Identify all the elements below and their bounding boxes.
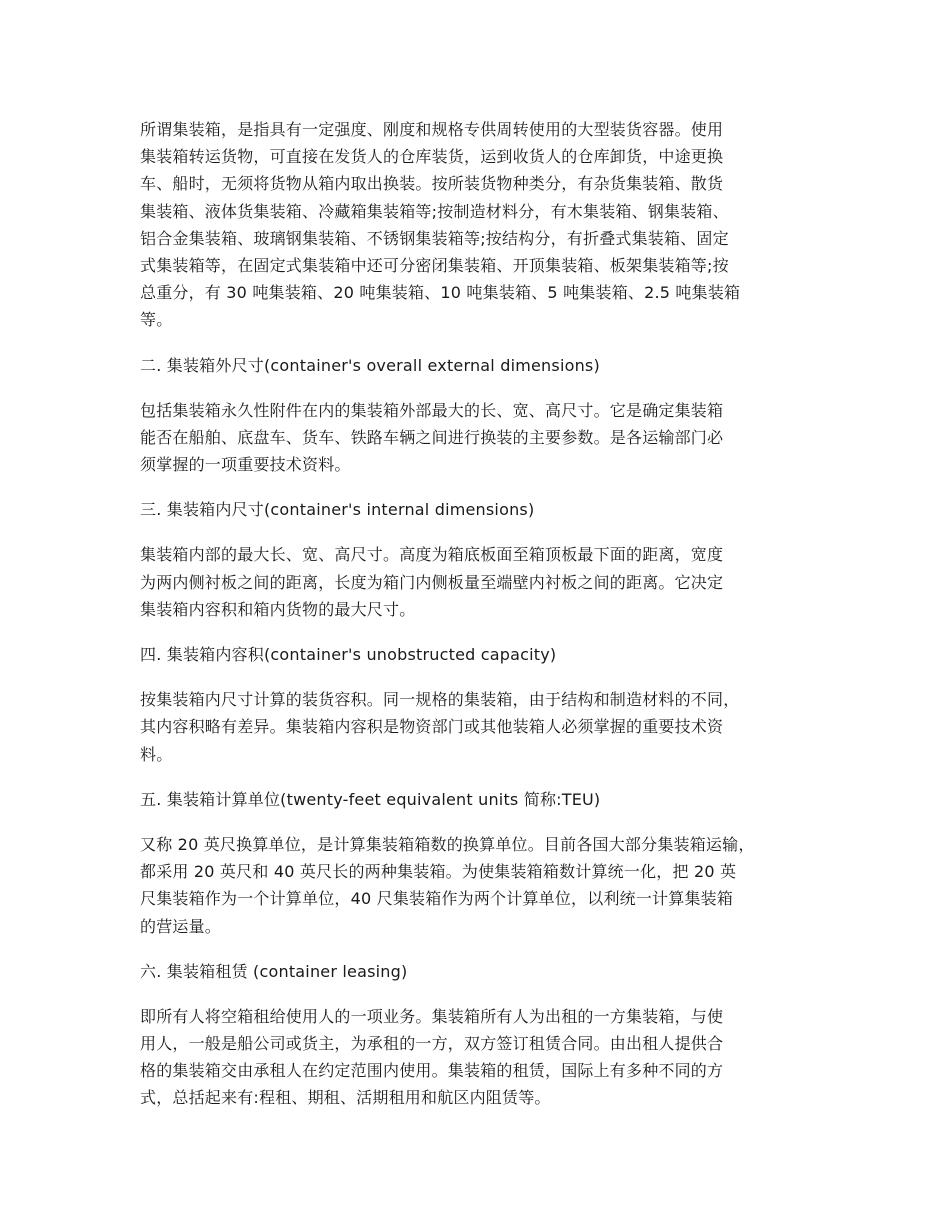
text-line: 集装箱内部的最大长、宽、高尺寸。高度为箱底板面至箱顶板最下面的距离，宽度 — [140, 541, 840, 568]
text-line: 包括集装箱永久性附件在内的集装箱外部最大的长、宽、高尺寸。它是确定集装箱 — [140, 397, 840, 424]
text-line: 须掌握的一项重要技术资料。 — [140, 451, 840, 478]
section-heading-teu: 五. 集装箱计算单位(twenty-feet equivalent units … — [140, 786, 840, 813]
section-paragraph-teu: 又称 20 英尺换算单位，是计算集装箱箱数的换算单位。目前各国大部分集装箱运输，… — [140, 831, 840, 940]
text-line: 用人，一般是船公司或货主，为承租的一方，双方签订租赁合同。由出租人提供合 — [140, 1030, 840, 1057]
intro-paragraph: 所谓集装箱，是指具有一定强度、刚度和规格专供周转使用的大型装货容器。使用 集装箱… — [140, 116, 840, 334]
section-paragraph-internal-dimensions: 集装箱内部的最大长、宽、高尺寸。高度为箱底板面至箱顶板最下面的距离，宽度 为两内… — [140, 541, 840, 623]
text-line: 尺集装箱作为一个计算单位，40 尺集装箱作为两个计算单位，以利统一计算集装箱 — [140, 885, 840, 912]
text-line: 按集装箱内尺寸计算的装货容积。同一规格的集装箱，由于结构和制造材料的不同， — [140, 686, 840, 713]
text-line: 集装箱、液体货集装箱、冷藏箱集装箱等;按制造材料分，有木集装箱、钢集装箱、 — [140, 198, 840, 225]
text-line: 等。 — [140, 306, 840, 333]
text-line: 式，总括起来有:程租、期租、活期租用和航区内阻赁等。 — [140, 1084, 840, 1111]
text-line: 的营运量。 — [140, 913, 840, 940]
text-line: 车、船时，无须将货物从箱内取出换装。按所装货物种类分，有杂货集装箱、散货 — [140, 170, 840, 197]
text-line: 料。 — [140, 741, 840, 768]
text-line: 总重分，有 30 吨集装箱、20 吨集装箱、10 吨集装箱、5 吨集装箱、2.5… — [140, 279, 840, 306]
document-page: 所谓集装箱，是指具有一定强度、刚度和规格专供周转使用的大型装货容器。使用 集装箱… — [140, 116, 840, 1130]
text-line: 其内容积略有差异。集装箱内容积是物资部门或其他装箱人必须掌握的重要技术资 — [140, 713, 840, 740]
section-heading-leasing: 六. 集装箱租赁 (container leasing) — [140, 958, 840, 985]
text-line: 都采用 20 英尺和 40 英尺长的两种集装箱。为使集装箱箱数计算统一化，把 2… — [140, 858, 840, 885]
text-line: 即所有人将空箱租给使用人的一项业务。集装箱所有人为出租的一方集装箱，与使 — [140, 1003, 840, 1030]
section-paragraph-external-dimensions: 包括集装箱永久性附件在内的集装箱外部最大的长、宽、高尺寸。它是确定集装箱 能否在… — [140, 397, 840, 479]
text-line: 铝合金集装箱、玻璃钢集装箱、不锈钢集装箱等;按结构分，有折叠式集装箱、固定 — [140, 225, 840, 252]
text-line: 为两内侧衬板之间的距离，长度为箱门内侧板量至端壁内衬板之间的距离。它决定 — [140, 569, 840, 596]
text-line: 所谓集装箱，是指具有一定强度、刚度和规格专供周转使用的大型装货容器。使用 — [140, 116, 840, 143]
text-line: 格的集装箱交由承租人在约定范围内使用。集装箱的租赁，国际上有多种不同的方 — [140, 1057, 840, 1084]
section-heading-external-dimensions: 二. 集装箱外尺寸(container's overall external d… — [140, 352, 840, 379]
text-line: 集装箱转运货物，可直接在发货人的仓库装货，运到收货人的仓库卸货，中途更换 — [140, 143, 840, 170]
section-paragraph-capacity: 按集装箱内尺寸计算的装货容积。同一规格的集装箱，由于结构和制造材料的不同， 其内… — [140, 686, 840, 768]
text-line: 集装箱内容积和箱内货物的最大尺寸。 — [140, 596, 840, 623]
text-line: 又称 20 英尺换算单位，是计算集装箱箱数的换算单位。目前各国大部分集装箱运输， — [140, 831, 840, 858]
text-line: 式集装箱等，在固定式集装箱中还可分密闭集装箱、开顶集装箱、板架集装箱等;按 — [140, 252, 840, 279]
text-line: 能否在船舶、底盘车、货车、铁路车辆之间进行换装的主要参数。是各运输部门必 — [140, 424, 840, 451]
section-paragraph-leasing: 即所有人将空箱租给使用人的一项业务。集装箱所有人为出租的一方集装箱，与使 用人，… — [140, 1003, 840, 1112]
section-heading-capacity: 四. 集装箱内容积(container's unobstructed capac… — [140, 641, 840, 668]
section-heading-internal-dimensions: 三. 集装箱内尺寸(container's internal dimension… — [140, 496, 840, 523]
